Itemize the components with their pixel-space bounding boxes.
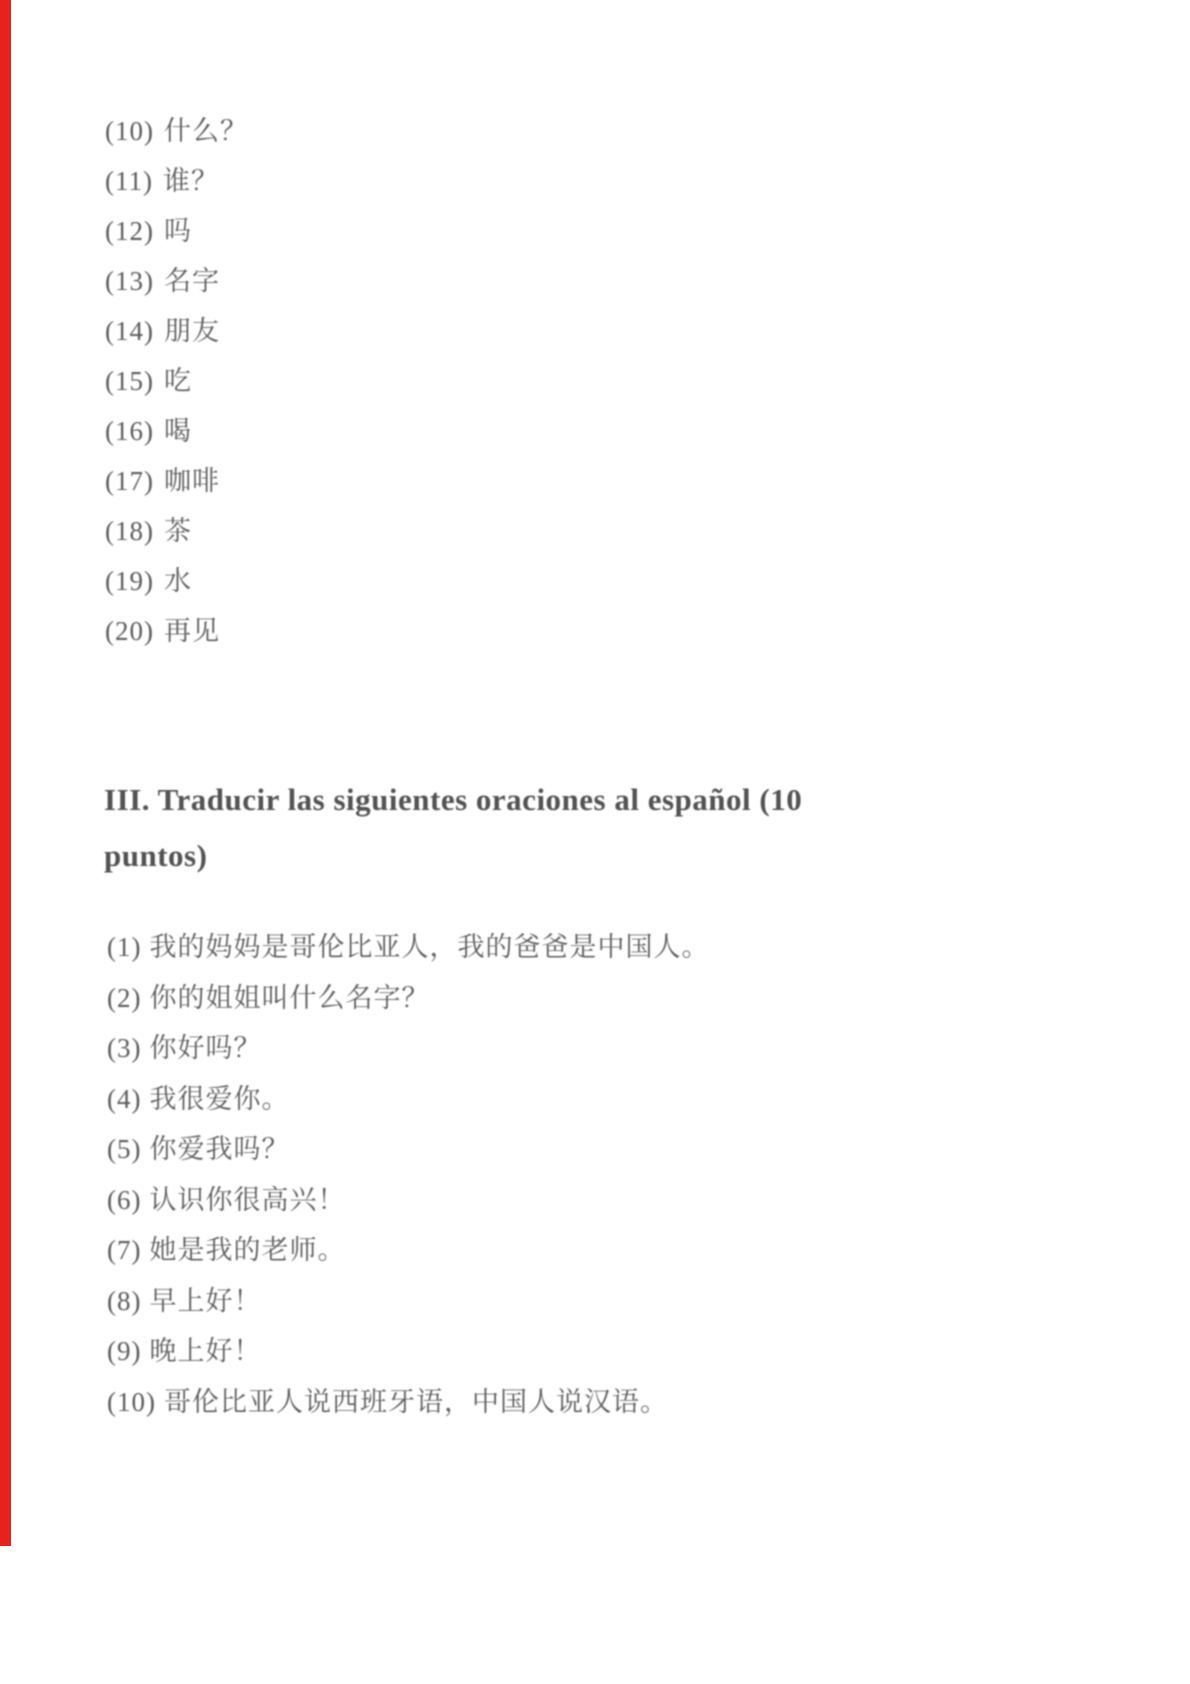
sentence-item: (2)你的姐姐叫什么名字？ (107, 973, 709, 1024)
sentence-item: (9)晚上好！ (107, 1326, 709, 1377)
item-text: 我的妈妈是哥伦比亚人，我的爸爸是中国人。 (149, 932, 709, 962)
sentence-item: (10)哥伦比亚人说西班牙语，中国人说汉语。 (107, 1377, 709, 1428)
item-number: (6) (107, 1185, 141, 1215)
item-number: (12) (105, 216, 154, 246)
item-text: 你的姐姐叫什么名字？ (149, 983, 429, 1013)
item-text: 你爱我吗？ (149, 1134, 289, 1164)
vocab-item: (19)水 (105, 556, 248, 606)
item-text: 晚上好！ (149, 1336, 261, 1366)
sentence-item: (4)我很爱你。 (107, 1074, 709, 1125)
vocab-item: (10)什么？ (105, 106, 248, 156)
item-number: (1) (107, 932, 141, 962)
section-heading-line1: III. Traducir las siguientes oraciones a… (104, 772, 934, 828)
sentence-item: (5)你爱我吗？ (107, 1124, 709, 1175)
vocab-item: (12)吗 (105, 206, 248, 256)
item-number: (10) (107, 1387, 156, 1417)
item-text: 水 (164, 566, 192, 596)
vocab-item: (17)咖啡 (105, 456, 248, 506)
item-text: 再见 (164, 616, 220, 646)
item-number: (11) (105, 166, 153, 196)
vocab-item: (15)吃 (105, 356, 248, 406)
vocab-item: (11)谁？ (105, 156, 248, 206)
item-number: (17) (105, 466, 154, 496)
item-text: 你好吗？ (149, 1033, 261, 1063)
item-text: 认识你很高兴！ (149, 1185, 345, 1215)
item-number: (8) (107, 1286, 141, 1316)
vocab-item: (13)名字 (105, 256, 248, 306)
document-page: (10)什么？ (11)谁？ (12)吗 (13)名字 (14)朋友 (15)吃… (0, 0, 1190, 1684)
section-heading-line2: puntos) (104, 828, 934, 884)
vocab-item: (18)茶 (105, 506, 248, 556)
item-number: (14) (105, 316, 154, 346)
item-text: 吗 (164, 216, 192, 246)
vocab-item: (20)再见 (105, 606, 248, 656)
item-number: (3) (107, 1033, 141, 1063)
item-text: 早上好！ (149, 1286, 261, 1316)
item-text: 朋友 (164, 316, 220, 346)
sentence-item: (7)她是我的老师。 (107, 1225, 709, 1276)
sentence-item: (6)认识你很高兴！ (107, 1175, 709, 1226)
item-text: 什么？ (164, 116, 248, 146)
item-number: (13) (105, 266, 154, 296)
sentence-item: (8)早上好！ (107, 1276, 709, 1327)
item-number: (2) (107, 983, 141, 1013)
sentence-item: (1)我的妈妈是哥伦比亚人，我的爸爸是中国人。 (107, 922, 709, 973)
vocabulary-list: (10)什么？ (11)谁？ (12)吗 (13)名字 (14)朋友 (15)吃… (105, 106, 248, 656)
item-text: 哥伦比亚人说西班牙语，中国人说汉语。 (164, 1387, 668, 1417)
vocab-item: (16)喝 (105, 406, 248, 456)
item-number: (9) (107, 1336, 141, 1366)
vocab-item: (14)朋友 (105, 306, 248, 356)
sentence-item: (3)你好吗？ (107, 1023, 709, 1074)
item-text: 名字 (164, 266, 220, 296)
item-number: (4) (107, 1084, 141, 1114)
item-number: (7) (107, 1235, 141, 1265)
item-text: 喝 (164, 416, 192, 446)
sentence-list: (1)我的妈妈是哥伦比亚人，我的爸爸是中国人。 (2)你的姐姐叫什么名字？ (3… (107, 922, 709, 1427)
section-heading: III. Traducir las siguientes oraciones a… (104, 772, 934, 884)
item-number: (20) (105, 616, 154, 646)
item-number: (10) (105, 116, 154, 146)
item-text: 她是我的老师。 (149, 1235, 345, 1265)
item-number: (16) (105, 416, 154, 446)
item-number: (15) (105, 366, 154, 396)
item-text: 谁？ (163, 166, 219, 196)
item-text: 我很爱你。 (149, 1084, 289, 1114)
item-number: (19) (105, 566, 154, 596)
item-text: 咖啡 (164, 466, 220, 496)
item-number: (18) (105, 516, 154, 546)
item-number: (5) (107, 1134, 141, 1164)
item-text: 茶 (164, 516, 192, 546)
item-text: 吃 (164, 366, 192, 396)
